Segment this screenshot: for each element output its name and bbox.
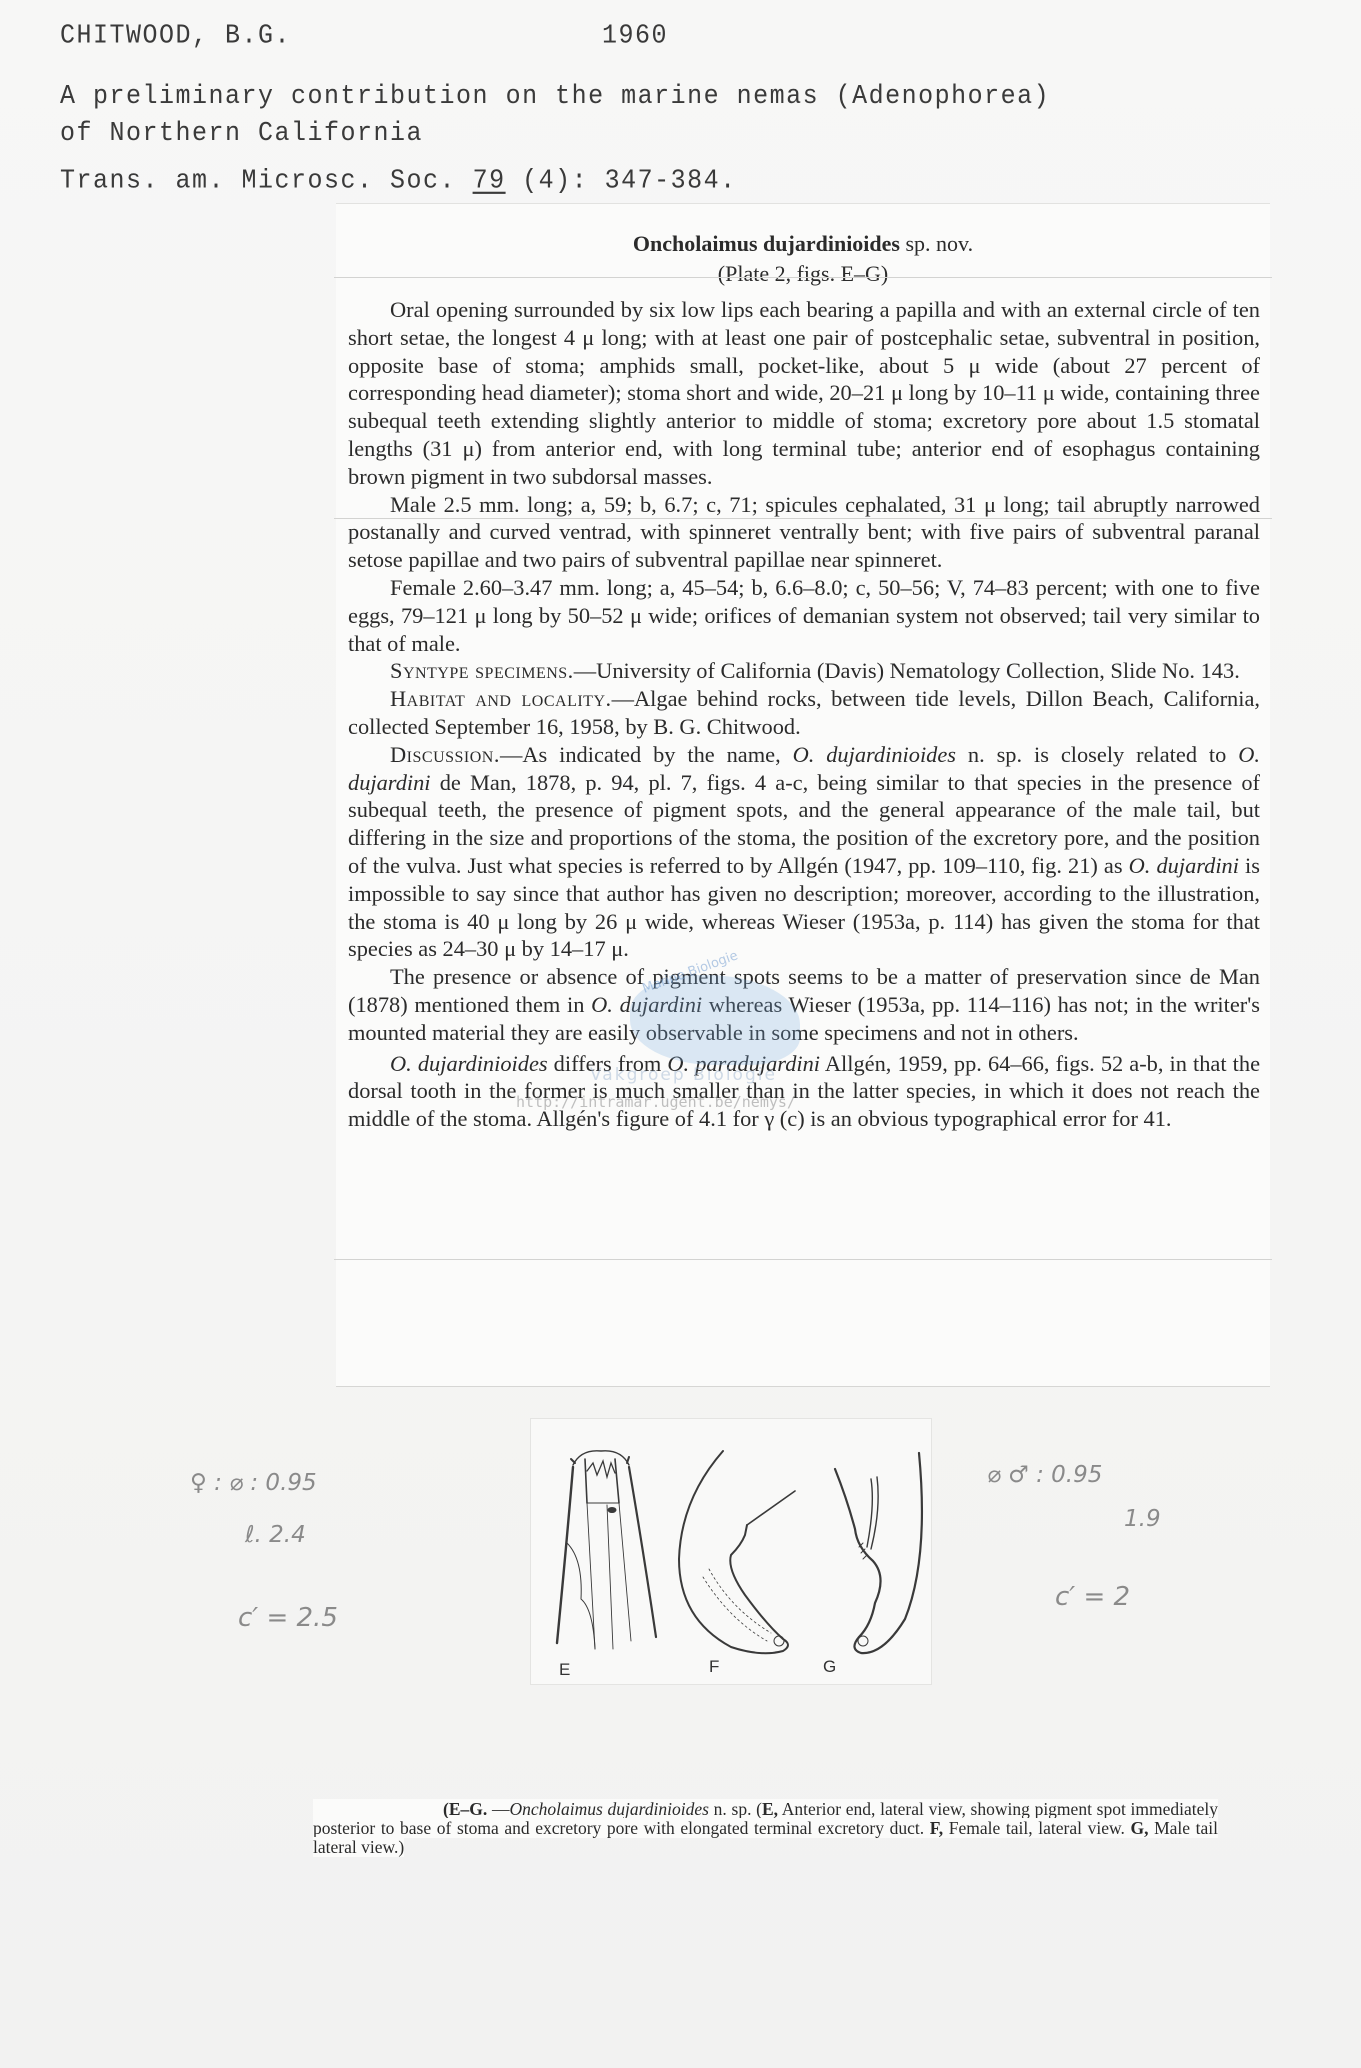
plate-figure: E F G xyxy=(530,1418,932,1685)
journal-name: Trans. am. Microsc. Soc. xyxy=(60,165,456,196)
species-ref: O. dujardini xyxy=(1129,853,1239,878)
caption-lead: (E–G. xyxy=(443,1799,487,1819)
handnote-male-c-prime: c′ = 2 xyxy=(1055,1582,1130,1612)
species-ref: O. dujardini xyxy=(591,992,702,1017)
paragraph-syntype: Syntype specimens.—University of Califor… xyxy=(348,657,1260,685)
nematode-drawings-icon xyxy=(531,1419,931,1684)
species-ref: O. dujardinioides xyxy=(793,742,956,767)
handnote-female-c-prime: c′ = 2.5 xyxy=(238,1603,338,1633)
author: CHITWOOD, B.G. xyxy=(60,20,291,51)
paragraph-male: Male 2.5 mm. long; a, 59; b, 6.7; c, 71;… xyxy=(348,491,1260,574)
paragraph-habitat: Habitat and locality.—Algae behind rocks… xyxy=(348,685,1260,741)
article-body: Oral opening surrounded by six low lips … xyxy=(348,296,1260,1133)
handnote-female-ratio: ♀ : ⌀ : 0.95 xyxy=(190,1470,317,1496)
journal-volume: 79 xyxy=(473,165,506,196)
journal-issue-pages: (4): 347-384. xyxy=(522,165,737,196)
discussion-text: de Man, 1878, p. 94, pl. 7, figs. 4 a-c,… xyxy=(348,770,1260,878)
discussion-text: —As indicated by the name, xyxy=(500,742,793,767)
figure-label-g: G xyxy=(823,1657,836,1677)
caption-text: (E–G. —Oncholaimus dujardinioides n. sp.… xyxy=(313,1799,1218,1857)
article-title-line-2: of Northern California xyxy=(60,117,423,148)
habitat-heading: Habitat and locality. xyxy=(390,686,612,711)
handnote-male-ratio: ⌀ ♂ : 0.95 xyxy=(987,1462,1102,1488)
article-clipping: Oncholaimus dujardinioides sp. nov. (Pla… xyxy=(336,203,1270,1387)
handnote-female-length: ℓ. 2.4 xyxy=(245,1522,306,1548)
clipping-seam xyxy=(334,277,1272,278)
caption-dash: — xyxy=(487,1799,509,1819)
figure-caption: (E–G. —Oncholaimus dujardinioides n. sp.… xyxy=(313,1800,1218,1857)
caption-species: Oncholaimus dujardinioides xyxy=(509,1799,708,1819)
paragraph-description: Oral opening surrounded by six low lips … xyxy=(348,296,1260,491)
figure-g-male-tail xyxy=(835,1453,922,1653)
caption-text-f: Female tail, lateral view. xyxy=(943,1818,1130,1838)
species-suffix: sp. nov. xyxy=(906,231,974,256)
caption-text-part: n. sp. ( xyxy=(709,1799,762,1819)
caption-label-f: F, xyxy=(930,1818,943,1838)
species-name: Oncholaimus dujardinioides xyxy=(633,231,900,256)
syntype-text: —University of California (Davis) Nemato… xyxy=(574,658,1240,683)
figure-f-female-tail xyxy=(679,1451,795,1653)
article-title-line-1: A preliminary contribution on the marine… xyxy=(60,80,1050,111)
species-ref: O. paradujardini xyxy=(667,1051,820,1076)
plate-reference: (Plate 2, figs. E–G) xyxy=(336,261,1270,287)
paragraph-comparison: O. dujardinioides differs from O. paradu… xyxy=(348,1050,1260,1133)
journal-citation: Trans. am. Microsc. Soc. 79 (4): 347-384… xyxy=(60,165,737,196)
figure-label-f: F xyxy=(709,1657,719,1677)
caption-label-g: G, xyxy=(1130,1818,1148,1838)
figure-label-e: E xyxy=(559,1660,570,1680)
publication-year: 1960 xyxy=(602,20,668,51)
species-heading: Oncholaimus dujardinioides sp. nov. xyxy=(336,231,1270,257)
paragraph-pigment: The presence or absence of pigment spots… xyxy=(348,963,1260,1046)
handnote-male-length: 1.9 xyxy=(1124,1506,1161,1532)
caption-label-e: E, xyxy=(762,1799,778,1819)
discussion-text: n. sp. is closely related to xyxy=(956,742,1238,767)
syntype-heading: Syntype specimens. xyxy=(390,658,574,683)
figure-e-anterior-end xyxy=(557,1451,656,1649)
clipping-seam xyxy=(334,1259,1272,1260)
discussion-heading: Discussion. xyxy=(390,742,500,767)
species-ref: O. dujardinioides xyxy=(390,1051,548,1076)
discussion-text: differs from xyxy=(548,1051,668,1076)
paragraph-female: Female 2.60–3.47 mm. long; a, 45–54; b, … xyxy=(348,574,1260,657)
paragraph-discussion: Discussion.—As indicated by the name, O.… xyxy=(348,741,1260,963)
